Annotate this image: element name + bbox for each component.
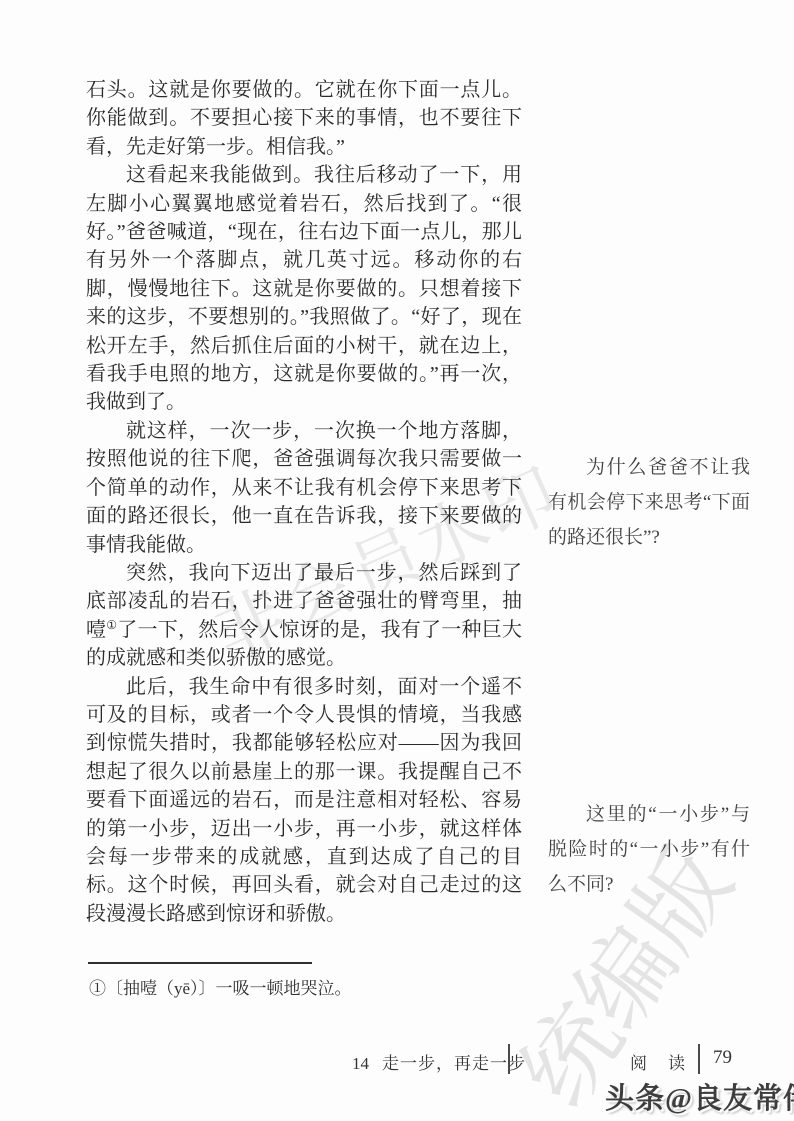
textbook-page: 非会员水印 统编版 石头。这就是你要做的。它就在你下面一点儿。你能做到。不要担心…: [0, 0, 794, 1121]
paragraph-2: 这看起来我能做到。我往后移动了一下，用左脚小心翼翼地感觉着岩石，然后找到了。“很…: [86, 161, 522, 417]
paragraph-5: 此后，我生命中有很多时刻，面对一个遥不可及的目标，或者一个令人畏惧的情境，当我感…: [86, 673, 522, 929]
footer-lesson: 14走一步，再走一步: [352, 1049, 526, 1074]
paragraph-4: 突然，我向下迈出了最后一步，然后踩到了底部凌乱的岩石，扑进了爸爸强壮的臂弯里，抽…: [86, 559, 522, 673]
watermark-bottom-right: 头条@良友常伴娃: [605, 1076, 794, 1117]
paragraph-3: 就这样，一次一步，一次换一个地方落脚，按照他说的往下爬，爸爸强调每次我只需要做一…: [86, 417, 522, 559]
footnote-divider: [88, 962, 312, 964]
footer-divider-bar-2: [698, 1044, 700, 1074]
page-number: 79: [713, 1047, 732, 1069]
footer-section-label: 阅 读: [630, 1049, 687, 1074]
footnote-text: ①〔抽噎（yē）〕一吸一顿地哭泣。: [89, 977, 519, 1001]
paragraph-4-text-cont: 了一下，然后令人惊讶的是，我有了一种巨大的成就感和类似骄傲的感觉。: [86, 619, 522, 669]
margin-note-question-1: 为什么爸爸不让我有机会停下来思考“下面的路还很长”?: [548, 450, 750, 555]
paragraph-1: 石头。这就是你要做的。它就在你下面一点儿。你能做到。不要担心接下来的事情，也不要…: [86, 76, 522, 161]
footnote-reference-marker: ①: [106, 618, 117, 632]
body-text-column: 石头。这就是你要做的。它就在你下面一点儿。你能做到。不要担心接下来的事情，也不要…: [86, 76, 522, 928]
lesson-title: 走一步，再走一步: [382, 1054, 526, 1073]
footer-divider-bar-1: [508, 1044, 510, 1074]
margin-note-question-2: 这里的“一小步”与脱险时的“一小步”有什么不同?: [548, 797, 750, 902]
lesson-number: 14: [352, 1054, 369, 1073]
